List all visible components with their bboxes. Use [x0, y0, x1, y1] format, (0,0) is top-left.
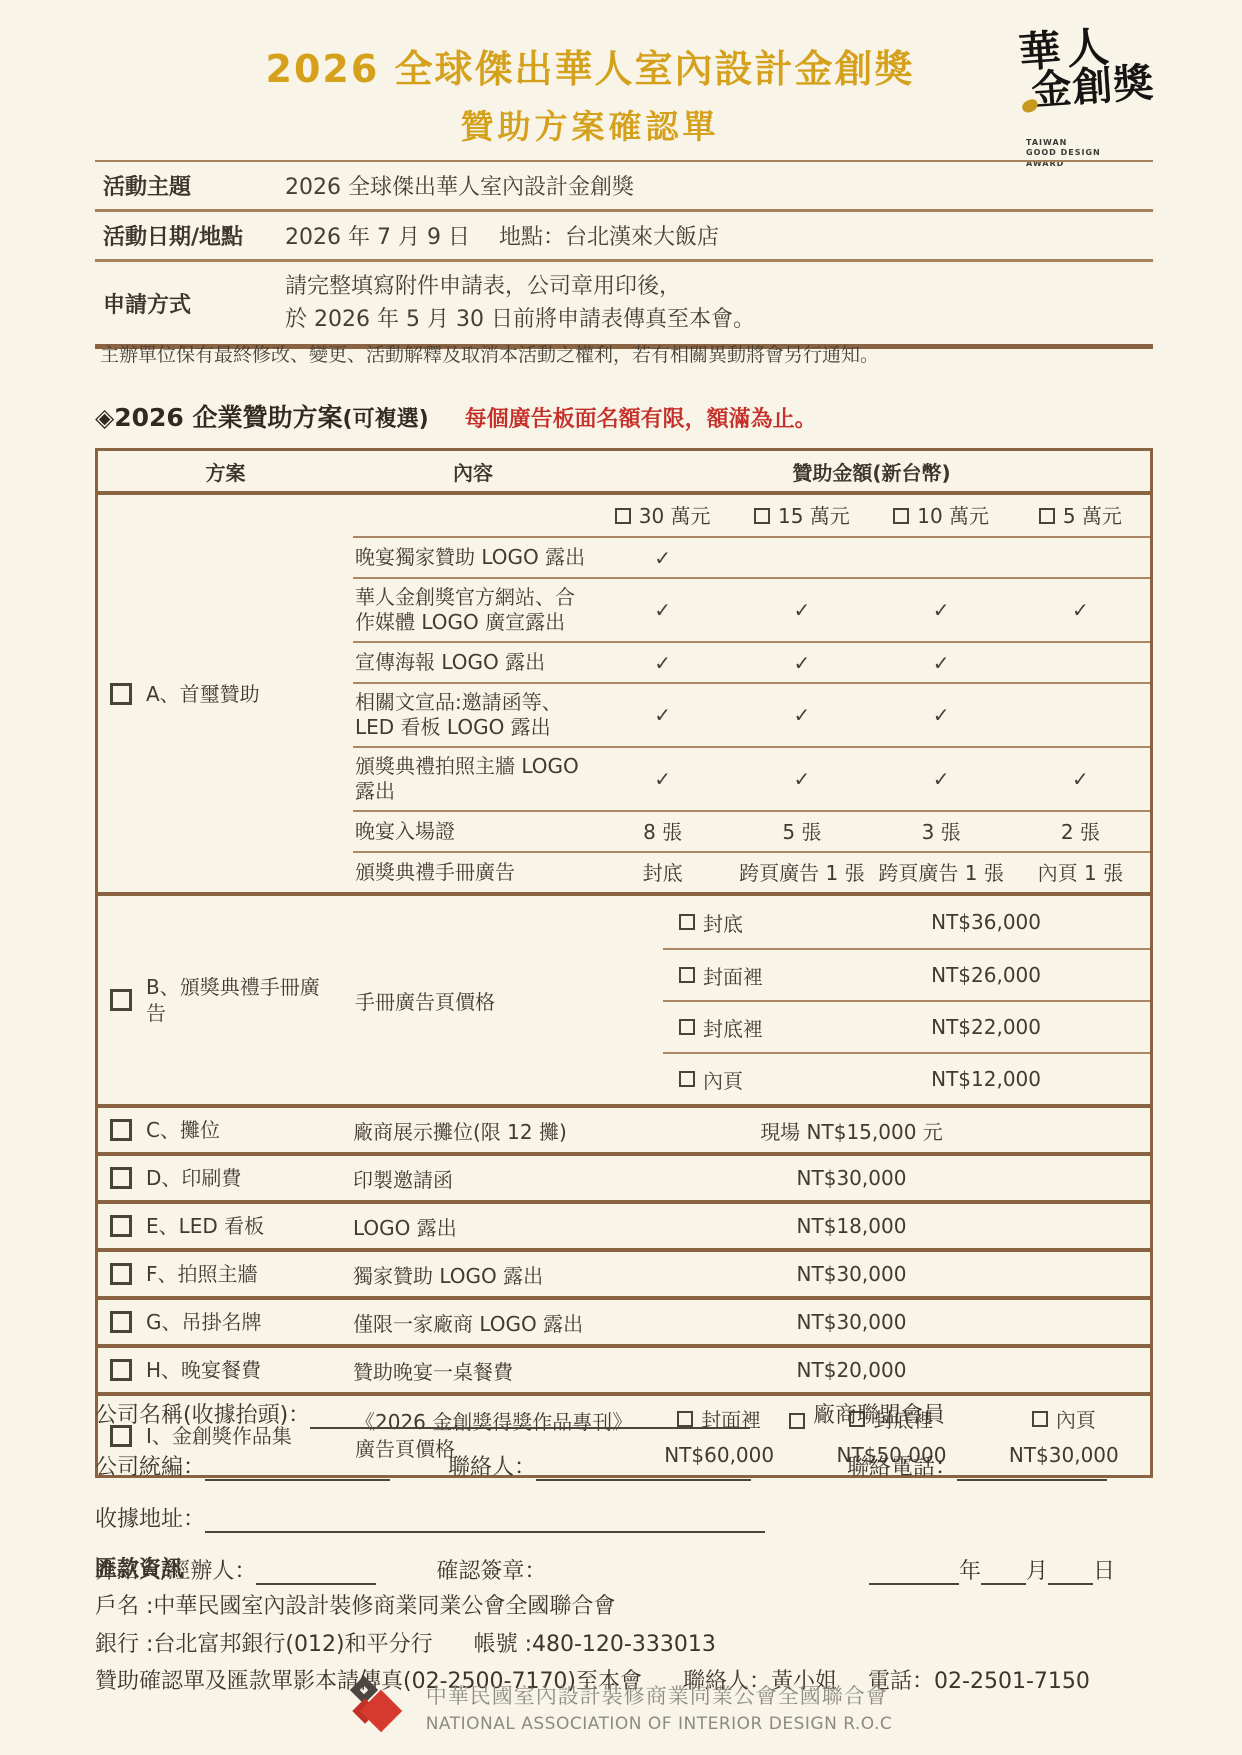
info-value: 2026 全球傑出華人室內設計金創獎 [273, 162, 1153, 209]
plan-b-option-row: 封面裡 NT$26,000 [663, 948, 1150, 1000]
account-name-line: 戶名 :中華民國室內設計裝修商業同業公會全國聯合會 [95, 1593, 1195, 1622]
benefit-cell: 2 張 [1011, 816, 1150, 848]
award-logo-calligraphy: 華人 金創獎 [1017, 23, 1172, 111]
plan-b-option-row: 封底 NT$36,000 [663, 896, 1150, 948]
association-footer: 中華民國室內設計裝修商業同業公會全國聯合會 NATIONAL ASSOCIATI… [0, 1680, 1242, 1738]
option-price: NT$22,000 [882, 1015, 1150, 1039]
plan-b-section: B、頒獎典禮手冊廣告 手冊廣告頁價格 封底 NT$36,000 封面裡 NT$2… [98, 896, 1150, 1108]
tier-option: 10 萬元 [872, 500, 1011, 532]
contact-field[interactable] [536, 1455, 751, 1481]
benefit-cell: ✓ [593, 594, 732, 626]
plan-f-section: F、拍照主牆 獨家贊助 LOGO 露出 NT$30,000 [98, 1252, 1150, 1300]
info-row-theme: 活動主題 2026 全球傑出華人室內設計金創獎 [95, 162, 1153, 212]
plan-table-header: 方案 內容 贊助金額(新台幣) [98, 451, 1150, 495]
benefit-row: 頒獎典禮拍照主牆 LOGO 露出 ✓ ✓ ✓ ✓ [353, 746, 1150, 810]
benefit-cell: ✓ [732, 647, 871, 679]
company-name-field[interactable] [310, 1403, 750, 1429]
tier-option: 30 萬元 [593, 500, 732, 532]
form-row-company: 公司名稱(收據抬頭)： 廠商聯盟會員 [95, 1398, 1155, 1429]
benefit-cell [732, 554, 871, 562]
option-label: 封面裡 [703, 961, 763, 990]
address-label: 收據地址： [95, 1502, 205, 1533]
info-value: 請完整填寫附件申請表，公司章用印後， 於 2026 年 5 月 30 日前將申請… [273, 262, 1153, 344]
sponsorship-plan-table: 方案 內容 贊助金額(新台幣) A、首璽贊助 30 萬元 15 萬元 10 萬元… [95, 448, 1153, 1478]
benefit-row: 晚宴獨家贊助 LOGO 露出 ✓ [353, 536, 1150, 577]
plan-e-label: E、LED 看板 [146, 1213, 264, 1239]
benefit-cell: ✓ [1011, 763, 1150, 795]
plan-f-checkbox[interactable] [110, 1263, 132, 1285]
tier-checkbox[interactable] [893, 508, 909, 524]
phone-field[interactable] [957, 1455, 1107, 1481]
info-row-apply-method: 申請方式 請完整填寫附件申請表，公司章用印後， 於 2026 年 5 月 30 … [95, 262, 1153, 344]
tier-option: 15 萬元 [732, 500, 871, 532]
plan-e-section: E、LED 看板 LOGO 露出 NT$18,000 [98, 1204, 1150, 1252]
benefit-name: 宣傳海報 LOGO 露出 [353, 644, 593, 681]
sponsorship-confirmation-form: 2026 全球傑出華人室內設計金創獎 贊助方案確認單 華人 金創獎 TAIWAN… [0, 0, 1242, 1755]
bank-line: 銀行 :台北富邦銀行(012)和平分行 帳號 :480-120-333013 [95, 1631, 1195, 1660]
option-checkbox[interactable] [679, 1019, 695, 1035]
column-header-content: 內容 [353, 457, 593, 486]
benefit-cell [1011, 711, 1150, 719]
association-logo-icon [350, 1680, 408, 1738]
plan-d-label: D、印刷費 [146, 1165, 241, 1191]
plan-e-checkbox[interactable] [110, 1215, 132, 1237]
plan-b-option-row: 內頁 NT$12,000 [663, 1052, 1150, 1104]
account-number: 帳號 :480-120-333013 [474, 1632, 716, 1657]
remittance-heading: 匯款資訊 [95, 1552, 1195, 1583]
column-header-amount: 贊助金額(新台幣) [593, 457, 1150, 486]
plan-f-content: 獨家贊助 LOGO 露出 [353, 1252, 593, 1296]
benefit-cell: 5 張 [732, 816, 871, 848]
plan-c-checkbox[interactable] [110, 1119, 132, 1141]
plan-b-content: 手冊廣告頁價格 [353, 896, 663, 1104]
tier-checkbox[interactable] [754, 508, 770, 524]
option-label: 封底 [703, 908, 743, 937]
plan-c-content: 廠商展示攤位(限 12 攤) [353, 1108, 593, 1152]
document-title: 2026 全球傑出華人室內設計金創獎 贊助方案確認單 [95, 38, 1085, 148]
benefit-cell: ✓ [732, 699, 871, 731]
plan-e-price: NT$18,000 [593, 1204, 1150, 1248]
plan-b-options: 封底 NT$36,000 封面裡 NT$26,000 封底裡 NT$22,000… [663, 896, 1150, 1104]
option-price: NT$12,000 [882, 1067, 1150, 1091]
benefit-name: 華人金創獎官方網站、合作媒體 LOGO 廣宣露出 [353, 579, 593, 641]
plan-f-label: F、拍照主牆 [146, 1261, 258, 1287]
tier-option: 5 萬元 [1011, 500, 1150, 532]
plan-a-tier-row: 30 萬元 15 萬元 10 萬元 5 萬元 [353, 495, 1150, 536]
benefit-row: 宣傳海報 LOGO 露出 ✓ ✓ ✓ [353, 641, 1150, 682]
title-line-2: 贊助方案確認單 [95, 101, 1085, 148]
plan-a-section: A、首璽贊助 30 萬元 15 萬元 10 萬元 5 萬元 晚宴獨家贊助 LOG… [98, 495, 1150, 896]
benefit-cell: ✓ [872, 594, 1011, 626]
plan-d-section: D、印刷費 印製邀請函 NT$30,000 [98, 1156, 1150, 1204]
plan-c-price: 現場 NT$15,000 元 [593, 1108, 1150, 1152]
plan-b-label-cell: B、頒獎典禮手冊廣告 [98, 896, 353, 1104]
option-label: 內頁 [703, 1065, 743, 1094]
title-line-1: 2026 全球傑出華人室內設計金創獎 [95, 38, 1085, 93]
section-title-paren: (可複選) [343, 407, 429, 432]
benefit-cell: 封底 [593, 857, 732, 889]
tax-id-field[interactable] [205, 1455, 390, 1481]
option-label: 封底裡 [703, 1013, 763, 1042]
tax-id-label: 公司統編： [95, 1450, 205, 1481]
info-label: 活動日期/地點 [95, 212, 273, 259]
benefit-cell: 跨頁廣告 1 張 [872, 857, 1011, 889]
benefit-cell: 跨頁廣告 1 張 [732, 857, 871, 889]
benefit-name: 晚宴入場證 [353, 813, 593, 850]
option-checkbox[interactable] [679, 1071, 695, 1087]
plan-g-checkbox[interactable] [110, 1311, 132, 1333]
plan-d-content: 印製邀請函 [353, 1156, 593, 1200]
award-logo: 華人 金創獎 TAIWAN GOOD DESIGN AWARD [1020, 28, 1170, 168]
plan-c-section: C、攤位 廠商展示攤位(限 12 攤) 現場 NT$15,000 元 [98, 1108, 1150, 1156]
plan-a-rows: 30 萬元 15 萬元 10 萬元 5 萬元 晚宴獨家贊助 LOGO 露出 ✓ … [353, 495, 1150, 892]
bank-name: 銀行 :台北富邦銀行(012)和平分行 [95, 1632, 433, 1657]
benefit-cell: ✓ [872, 699, 1011, 731]
benefit-name: 相關文宣品:邀請函等、LED 看板 LOGO 露出 [353, 684, 593, 746]
plan-h-checkbox[interactable] [110, 1359, 132, 1381]
contact-label: 聯絡人： [448, 1450, 536, 1481]
plan-a-checkbox[interactable] [110, 683, 132, 705]
event-info-table: 活動主題 2026 全球傑出華人室內設計金創獎 活動日期/地點 2026 年 7… [95, 160, 1153, 349]
info-row-date-place: 活動日期/地點 2026 年 7 月 9 日 地點：台北漢來大飯店 [95, 212, 1153, 262]
benefit-cell: ✓ [732, 763, 871, 795]
benefit-cell: ✓ [593, 542, 732, 574]
option-price: NT$26,000 [882, 963, 1150, 987]
plan-e-content: LOGO 露出 [353, 1204, 593, 1248]
plan-h-section: H、晚宴餐費 贊助晚宴一桌餐費 NT$20,000 [98, 1348, 1150, 1396]
phone-label: 聯絡電話： [847, 1450, 957, 1481]
benefit-name: 頒獎典禮拍照主牆 LOGO 露出 [353, 748, 593, 810]
info-value: 2026 年 7 月 9 日 地點：台北漢來大飯店 [273, 212, 1153, 259]
option-checkbox[interactable] [679, 967, 695, 983]
benefit-cell: ✓ [1011, 594, 1150, 626]
benefit-cell: ✓ [593, 699, 732, 731]
info-label: 活動主題 [95, 162, 273, 209]
plan-d-checkbox[interactable] [110, 1167, 132, 1189]
form-row-contact: 公司統編： 聯絡人： 聯絡電話： [95, 1450, 1155, 1481]
benefit-cell: ✓ [732, 594, 871, 626]
plan-a-label-cell: A、首璽贊助 [98, 495, 353, 892]
plan-h-price: NT$20,000 [593, 1348, 1150, 1392]
plan-h-label: H、晚宴餐費 [146, 1357, 261, 1383]
plan-b-option-row: 封底裡 NT$22,000 [663, 1000, 1150, 1052]
plan-b-label: B、頒獎典禮手冊廣告 [146, 974, 331, 1026]
benefit-row: 相關文宣品:邀請函等、LED 看板 LOGO 露出 ✓ ✓ ✓ [353, 682, 1150, 746]
benefit-row: 頒獎典禮手冊廣告 封底 跨頁廣告 1 張 跨頁廣告 1 張 內頁 1 張 [353, 851, 1150, 892]
benefit-cell: ✓ [593, 763, 732, 795]
plan-g-content: 僅限一家廠商 LOGO 露出 [353, 1300, 593, 1344]
benefit-cell [1011, 659, 1150, 667]
benefit-cell: ✓ [593, 647, 732, 679]
column-header-plan: 方案 [98, 457, 353, 486]
benefit-cell: 內頁 1 張 [1011, 857, 1150, 889]
plan-g-section: G、吊掛名牌 僅限一家廠商 LOGO 露出 NT$30,000 [98, 1300, 1150, 1348]
benefit-row: 華人金創獎官方網站、合作媒體 LOGO 廣宣露出 ✓ ✓ ✓ ✓ [353, 577, 1150, 641]
disclaimer-note: 主辦單位保有最終修改、變更、活動解釋及取消本活動之權利，若有相關異動將會另行通知… [100, 340, 1160, 367]
plan-b-checkbox[interactable] [110, 989, 132, 1011]
option-checkbox[interactable] [679, 914, 695, 930]
alliance-member-checkbox[interactable] [789, 1413, 805, 1429]
address-field[interactable] [205, 1507, 765, 1533]
association-name-zh: 中華民國室內設計裝修商業同業公會全國聯合會 [426, 1680, 893, 1710]
plan-h-content: 贊助晚宴一桌餐費 [353, 1348, 593, 1392]
tier-checkbox[interactable] [1039, 508, 1055, 524]
association-name-en: NATIONAL ASSOCIATION OF INTERIOR DESIGN … [426, 1714, 893, 1734]
benefit-cell: 8 張 [593, 816, 732, 848]
section-notice: 每個廣告板面名額有限，額滿為止。 [465, 407, 817, 432]
benefit-cell: ✓ [872, 647, 1011, 679]
benefit-cell: ✓ [872, 763, 1011, 795]
plan-a-label: A、首璽贊助 [146, 681, 260, 707]
benefit-cell: 3 張 [872, 816, 1011, 848]
plan-f-price: NT$30,000 [593, 1252, 1150, 1296]
plan-g-label: G、吊掛名牌 [146, 1309, 262, 1335]
form-row-address: 收據地址： [95, 1502, 1155, 1533]
section-heading: ◈2026 企業贊助方案(可複選) 每個廣告板面名額有限，額滿為止。 [95, 398, 1155, 434]
option-price: NT$36,000 [882, 910, 1150, 934]
plan-c-label: C、攤位 [146, 1117, 220, 1143]
benefit-name: 晚宴獨家贊助 LOGO 露出 [353, 539, 593, 576]
benefit-row: 晚宴入場證 8 張 5 張 3 張 2 張 [353, 810, 1150, 851]
benefit-cell [1011, 554, 1150, 562]
section-title: ◈2026 企業贊助方案 [95, 403, 343, 432]
company-name-label: 公司名稱(收據抬頭)： [95, 1398, 310, 1429]
benefit-name: 頒獎典禮手冊廣告 [353, 854, 593, 891]
alliance-member-label: 廠商聯盟會員 [813, 1398, 945, 1429]
benefit-cell [872, 554, 1011, 562]
plan-d-price: NT$30,000 [593, 1156, 1150, 1200]
info-label: 申請方式 [95, 280, 273, 327]
plan-g-price: NT$30,000 [593, 1300, 1150, 1344]
tier-checkbox[interactable] [615, 508, 631, 524]
